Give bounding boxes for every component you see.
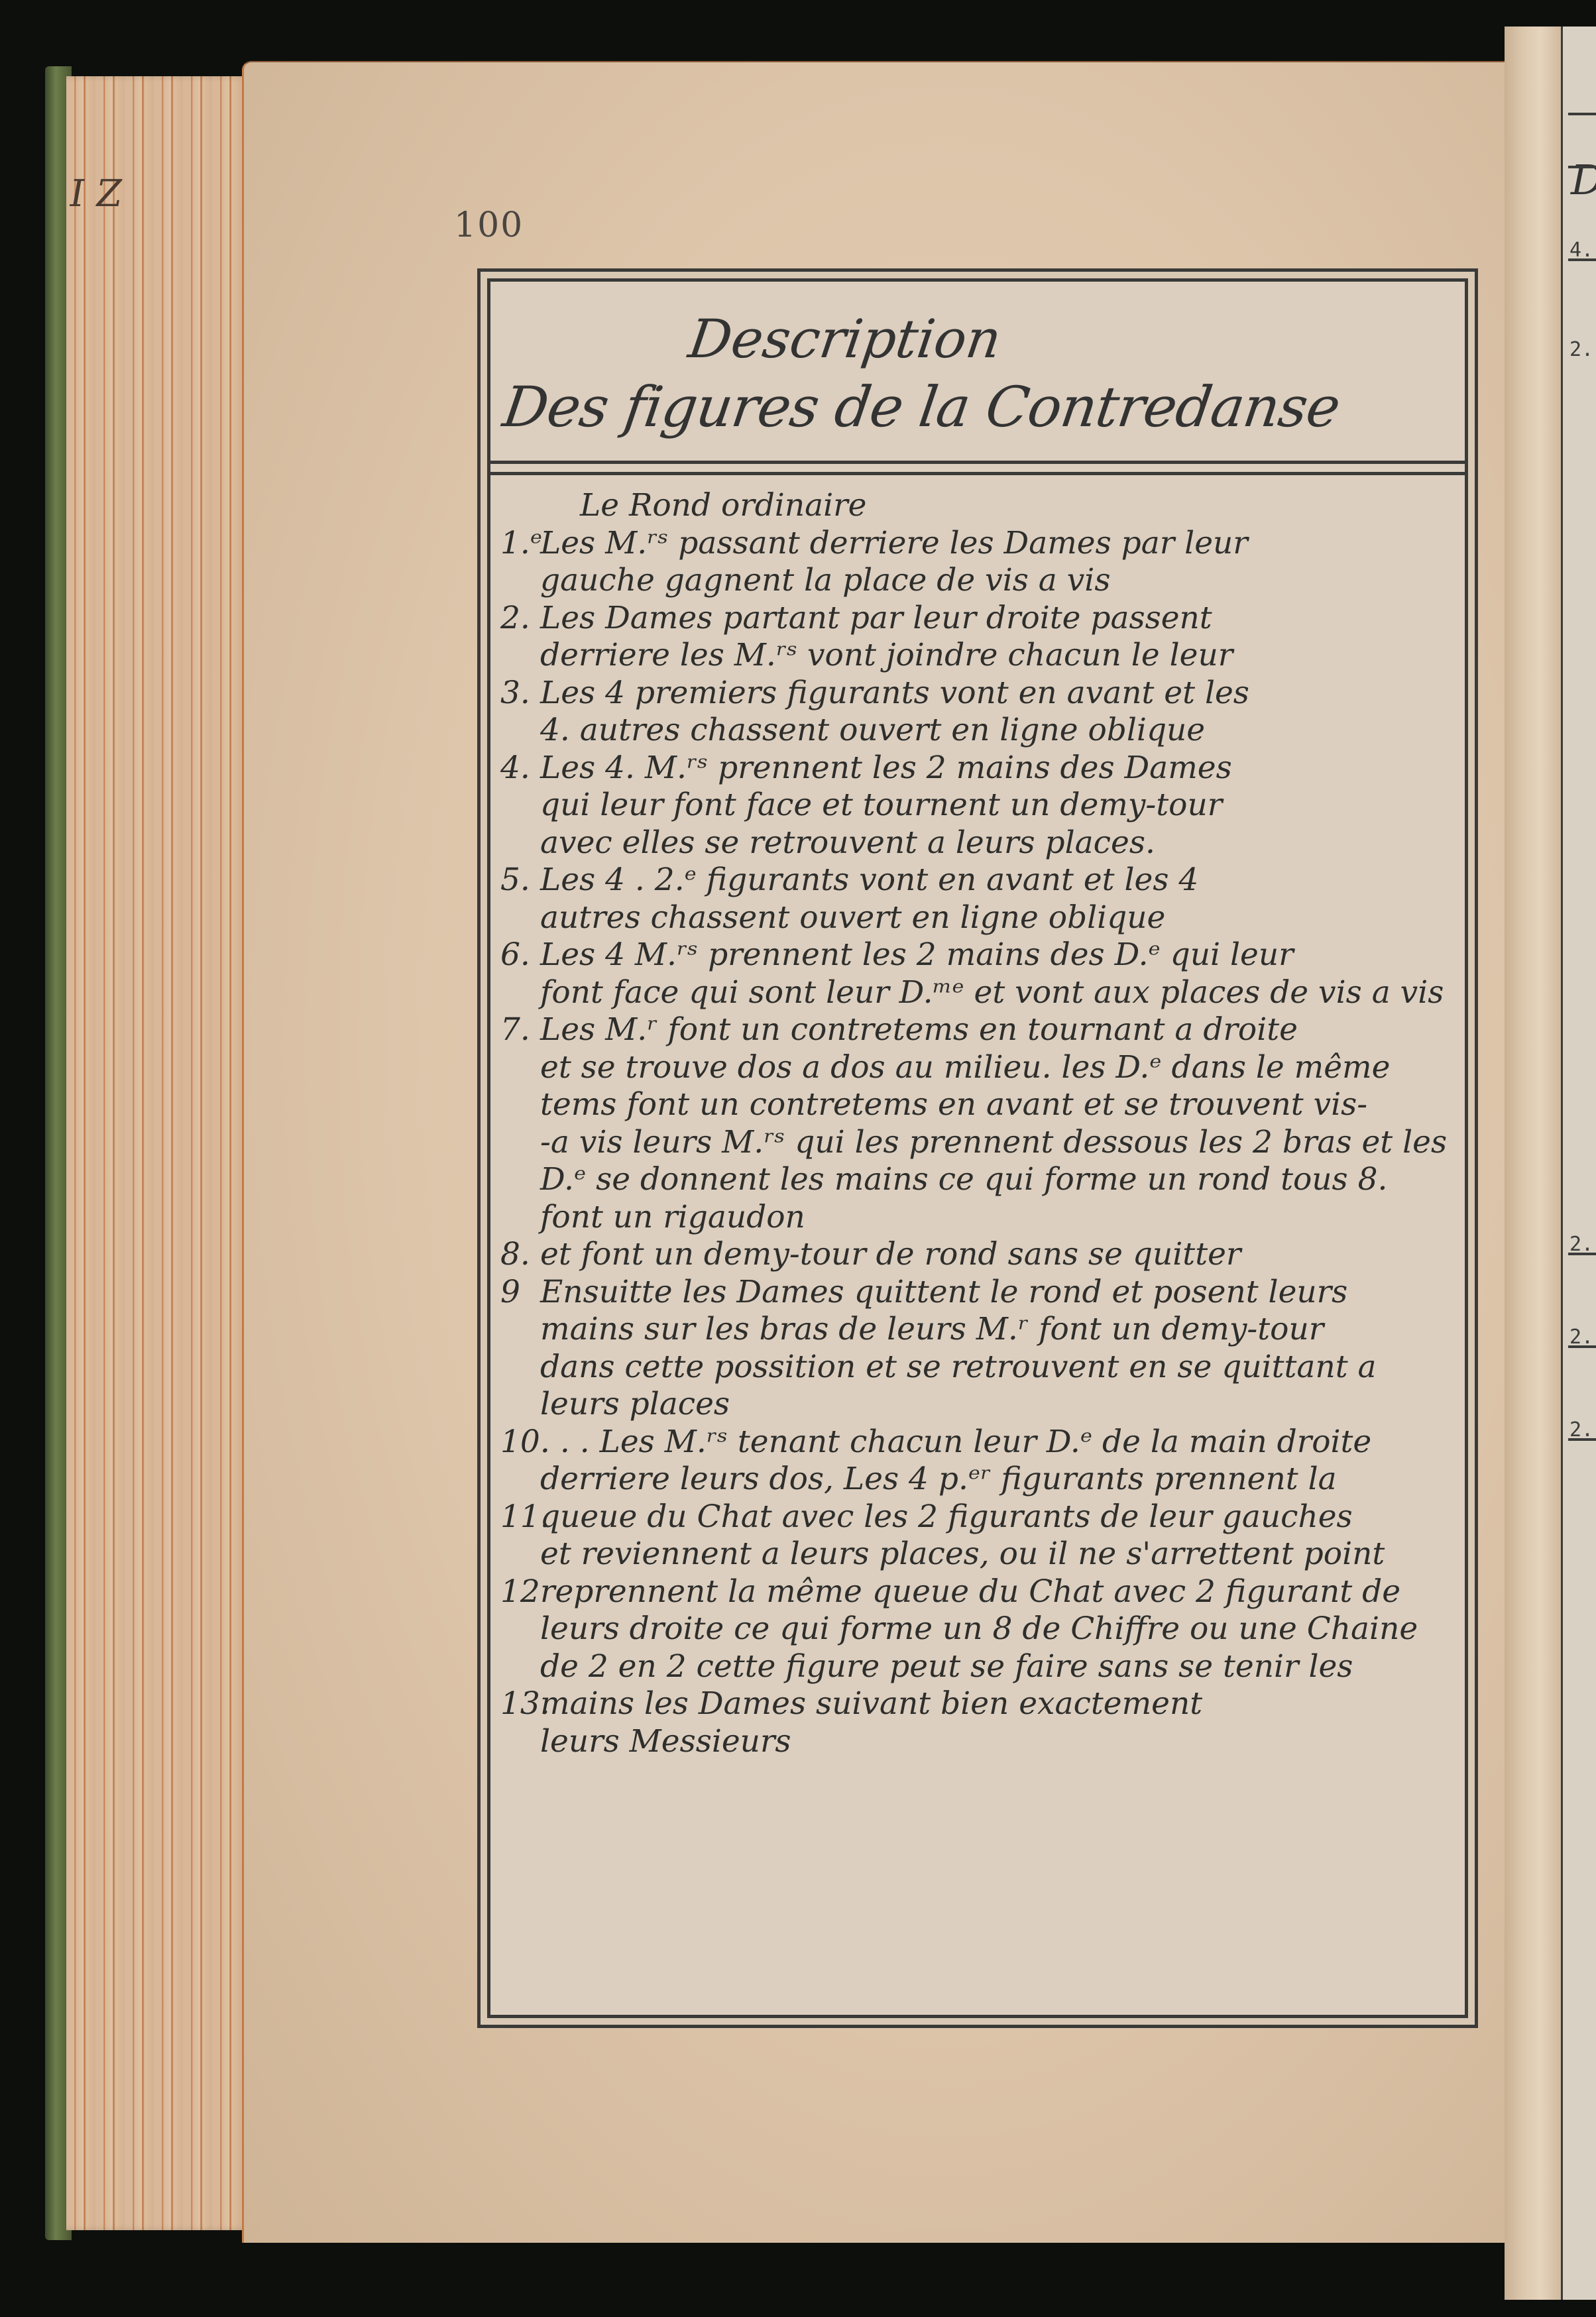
description-line: leurs places xyxy=(500,1386,1452,1424)
line-text: mains sur les bras de leurs M.ʳ font un … xyxy=(500,1311,1324,1348)
frame-line xyxy=(1568,113,1596,115)
line-text: Ensuitte les Dames quittent le rond et p… xyxy=(540,1274,1347,1311)
description-line: de 2 en 2 cette figure peut se faire san… xyxy=(500,1648,1452,1686)
description-line: 4. autres chassent ouvert en ligne obliq… xyxy=(500,712,1452,750)
line-text: Les M.ʳˢ passant derriere les Dames par … xyxy=(540,525,1248,562)
frame-line xyxy=(1568,258,1596,261)
description-line: 12reprennent la même queue du Chat avec … xyxy=(500,1573,1452,1611)
line-text: font face qui sont leur D.ᵐᵉ et vont aux… xyxy=(500,974,1444,1011)
description-line: 10.. . . Les M.ʳˢ tenant chacun leur D.ᵉ… xyxy=(500,1424,1452,1461)
description-line: et reviennent a leurs places, ou il ne s… xyxy=(500,1536,1452,1573)
description-line: derriere les M.ʳˢ vont joindre chacun le… xyxy=(500,637,1452,675)
line-text: leurs places xyxy=(500,1386,730,1423)
line-text: Les M.ʳ font un contretems en tournant a… xyxy=(540,1011,1298,1048)
frame-line xyxy=(1568,166,1596,168)
section-heading: Le Rond ordinaire xyxy=(500,487,1452,525)
heading-text: Le Rond ordinaire xyxy=(500,487,866,524)
description-line: 11.queue du Chat avec les 2 figurants de… xyxy=(500,1498,1452,1536)
description-line: 7.Les M.ʳ font un contretems en tournant… xyxy=(500,1011,1452,1049)
line-text: -a vis leurs M.ʳˢ qui les prennent desso… xyxy=(500,1124,1447,1161)
description-line: tems font un contretems en avant et se t… xyxy=(500,1086,1452,1124)
description-line: derriere leurs dos, Les 4 p.ᵉʳ figurants… xyxy=(500,1461,1452,1498)
plate-title-line-2: Des figures de la Contredanse xyxy=(499,374,1343,439)
figure-number: 13. xyxy=(500,1685,540,1723)
next-page-title-fragment: De xyxy=(1571,156,1596,204)
frame-line xyxy=(1568,1345,1596,1348)
figure-number: 5. xyxy=(500,862,540,899)
line-text: queue du Chat avec les 2 figurants de le… xyxy=(540,1498,1353,1536)
line-text: leurs droite ce qui forme un 8 de Chiffr… xyxy=(500,1611,1418,1648)
figure-number: 4. xyxy=(500,750,540,787)
line-text: Les 4 . 2.ᵉ figurants vont en avant et l… xyxy=(540,862,1198,899)
line-text: dans cette possition et se retrouvent en… xyxy=(500,1349,1377,1386)
description-line: avec elles se retrouvent a leurs places. xyxy=(500,824,1452,862)
page-number: 100 xyxy=(454,205,524,245)
line-text: derriere leurs dos, Les 4 p.ᵉʳ figurants… xyxy=(500,1461,1337,1498)
description-line: autres chassent ouvert en ligne oblique xyxy=(500,899,1452,937)
description-line: 5.Les 4 . 2.ᵉ figurants vont en avant et… xyxy=(500,862,1452,899)
line-text: . . . Les M.ʳˢ tenant chacun leur D.ᵉ de… xyxy=(540,1424,1371,1461)
figure-number: 11. xyxy=(500,1498,540,1536)
description-line: 4.Les 4. M.ʳˢ prennent les 2 mains des D… xyxy=(500,750,1452,787)
line-text: gauche gagnent la place de vis a vis xyxy=(500,562,1110,599)
figure-number: 1.ᵉ xyxy=(500,525,540,562)
line-text: Les 4 premiers figurants vont en avant e… xyxy=(540,675,1249,712)
figure-number: 8. xyxy=(500,1236,540,1273)
description-line: 13.mains les Dames suivant bien exacteme… xyxy=(500,1685,1452,1723)
figure-number: 6. xyxy=(500,936,540,974)
description-line: font face qui sont leur D.ᵐᵉ et vont aux… xyxy=(500,974,1452,1012)
page-stack: I Z xyxy=(66,76,258,2230)
line-text: mains les Dames suivant bien exactement xyxy=(540,1685,1202,1723)
description-line: font un rigaudon xyxy=(500,1199,1452,1237)
title-cartouche: Description Des figures de la Contredans… xyxy=(490,282,1465,464)
line-text: derriere les M.ʳˢ vont joindre chacun le… xyxy=(500,637,1233,674)
line-text: Les Dames partant par leur droite passen… xyxy=(540,600,1212,637)
book-gutter xyxy=(1505,27,1564,2300)
frame-line xyxy=(1568,1438,1596,1441)
line-text: D.ᵉ se donnent les mains ce qui forme un… xyxy=(500,1161,1387,1198)
figure-number: 9 xyxy=(500,1274,540,1311)
line-text: et font un demy-tour de rond sans se qui… xyxy=(540,1236,1241,1273)
plate-title-line-1: Description xyxy=(685,308,1005,370)
line-text: de 2 en 2 cette figure peut se faire san… xyxy=(500,1648,1353,1685)
description-lines: 1.ᵉLes M.ʳˢ passant derriere les Dames p… xyxy=(500,525,1452,1761)
description-line: 6.Les 4 M.ʳˢ prennent les 2 mains des D.… xyxy=(500,936,1452,974)
description-line: dans cette possition et se retrouvent en… xyxy=(500,1349,1452,1386)
spine-letters: I Z xyxy=(66,172,125,215)
figure-label: 2. xyxy=(1569,338,1593,361)
description-line: D.ᵉ se donnent les mains ce qui forme un… xyxy=(500,1161,1452,1199)
figure-number: 2. xyxy=(500,600,540,637)
figure-descriptions: Le Rond ordinaire 1.ᵉLes M.ʳˢ passant de… xyxy=(500,487,1452,1760)
line-text: Les 4. M.ʳˢ prennent les 2 mains des Dam… xyxy=(540,750,1232,787)
line-text: leurs Messieurs xyxy=(500,1723,791,1760)
description-line: 8.et font un demy-tour de rond sans se q… xyxy=(500,1236,1452,1274)
line-text: 4. autres chassent ouvert en ligne obliq… xyxy=(500,712,1205,749)
figure-label: 2. xyxy=(1569,1233,1593,1256)
figure-number: 3. xyxy=(500,675,540,712)
line-text: Les 4 M.ʳˢ prennent les 2 mains des D.ᵉ … xyxy=(540,936,1294,974)
description-line: mains sur les bras de leurs M.ʳ font un … xyxy=(500,1311,1452,1349)
figure-number: 10. xyxy=(500,1424,540,1461)
line-text: font un rigaudon xyxy=(500,1199,805,1236)
line-text: avec elles se retrouvent a leurs places. xyxy=(500,824,1155,862)
description-line: qui leur font face et tournent un demy-t… xyxy=(500,787,1452,824)
figure-number: 7. xyxy=(500,1011,540,1048)
description-line: gauche gagnent la place de vis a vis xyxy=(500,562,1452,600)
description-line: 2.Les Dames partant par leur droite pass… xyxy=(500,600,1452,638)
description-line: -a vis leurs M.ʳˢ qui les prennent desso… xyxy=(500,1124,1452,1162)
description-line: leurs Messieurs xyxy=(500,1723,1452,1761)
line-text: autres chassent ouvert en ligne oblique xyxy=(500,899,1165,936)
description-line: leurs droite ce qui forme un 8 de Chiffr… xyxy=(500,1611,1452,1648)
description-line: 9Ensuitte les Dames quittent le rond et … xyxy=(500,1274,1452,1312)
line-text: et se trouve dos a dos au milieu. les D.… xyxy=(500,1049,1390,1086)
line-text: qui leur font face et tournent un demy-t… xyxy=(500,787,1222,824)
description-line: 1.ᵉLes M.ʳˢ passant derriere les Dames p… xyxy=(500,525,1452,563)
right-page-edge: De 4. 2. 2. 2. 2. xyxy=(1561,27,1596,2300)
figure-number: 12 xyxy=(500,1573,540,1611)
line-text: et reviennent a leurs places, ou il ne s… xyxy=(500,1536,1385,1573)
description-line: et se trouve dos a dos au milieu. les D.… xyxy=(500,1049,1452,1087)
line-text: tems font un contretems en avant et se t… xyxy=(500,1086,1367,1123)
description-line: 3.Les 4 premiers figurants vont en avant… xyxy=(500,675,1452,712)
line-text: reprennent la même queue du Chat avec 2 … xyxy=(540,1573,1400,1611)
engraved-plate: Description Des figures de la Contredans… xyxy=(487,278,1468,2018)
